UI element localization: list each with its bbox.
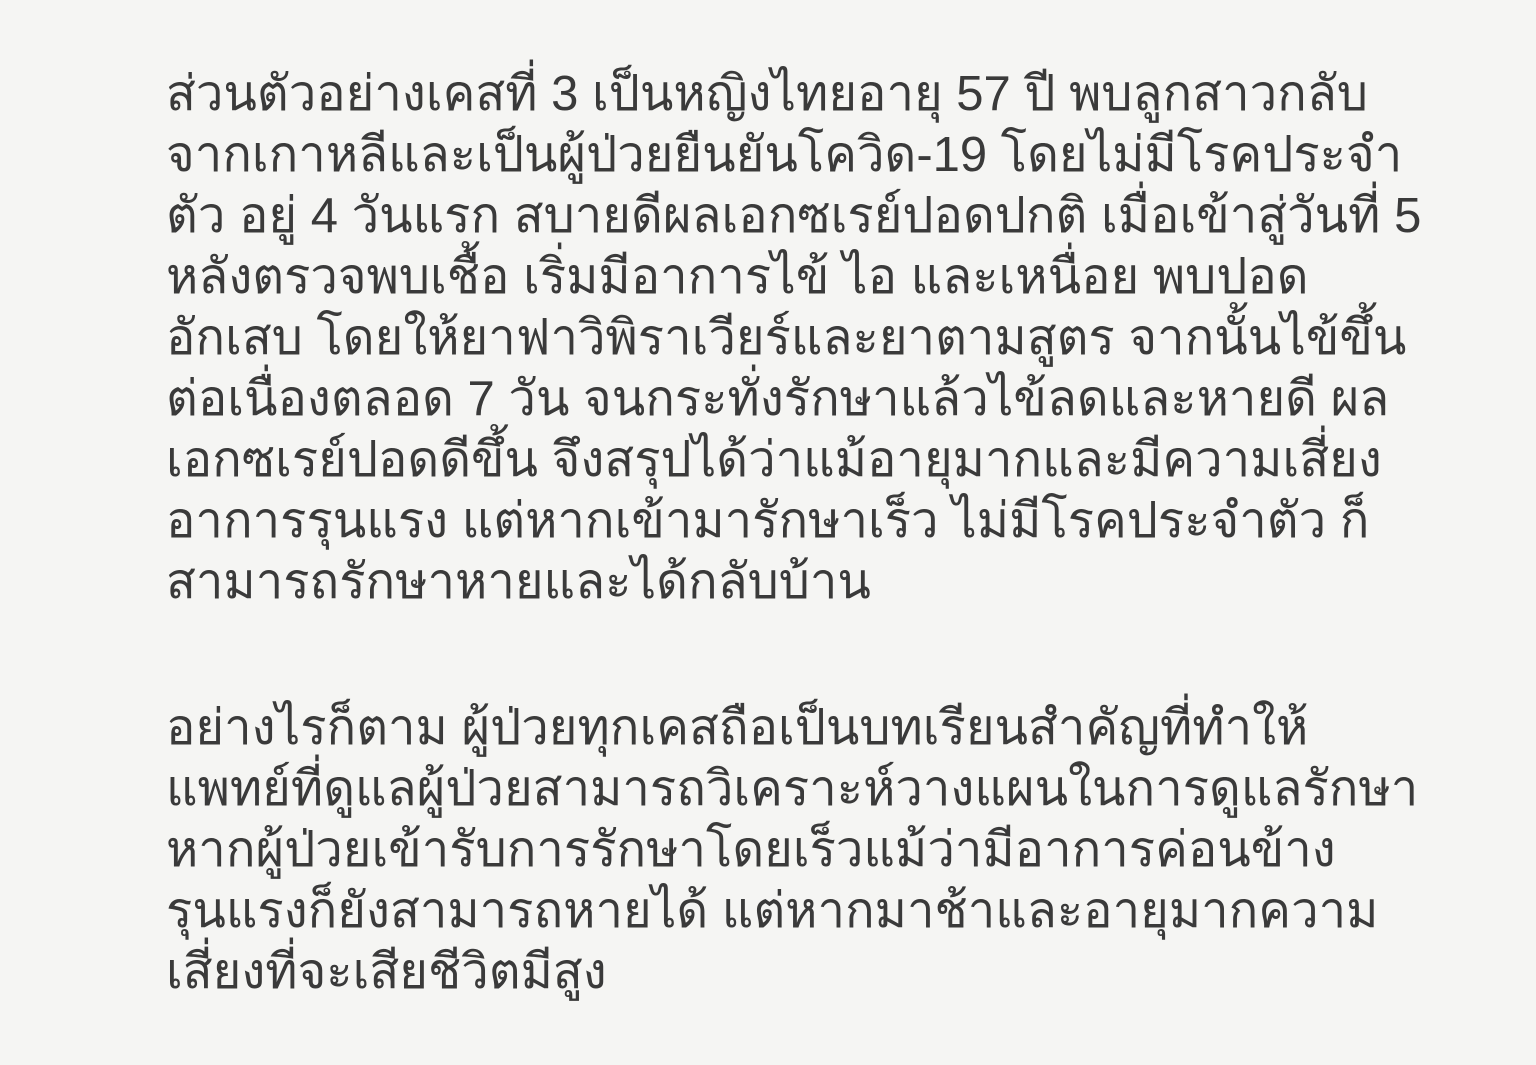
text-line: สามารถรักษาหายและได้กลับบ้าน xyxy=(166,552,1376,613)
text-line: จากเกาหลีและเป็นผู้ป่วยยืนยันโควิด-19 โด… xyxy=(166,125,1376,186)
text-line: ต่อเนื่องตลอด 7 วัน จนกระทั่งรักษาแล้วไข… xyxy=(166,369,1376,430)
text-line: รุนแรงก็ยังสามารถหายได้ แต่หากมาช้าและอา… xyxy=(166,881,1376,942)
text-line: เสี่ยงที่จะเสียชีวิตมีสูง xyxy=(166,942,1376,1003)
text-line: ตัว อยู่ 4 วันแรก สบายดีผลเอกซเรย์ปอดปกต… xyxy=(166,186,1376,247)
text-line: หลังตรวจพบเชื้อ เริ่มมีอาการไข้ ไอ และเห… xyxy=(166,247,1376,308)
text-line: เอกซเรย์ปอดดีขึ้น จึงสรุปได้ว่าแม้อายุมา… xyxy=(166,430,1376,491)
paragraph-case-3: ส่วนตัวอย่างเคสที่ 3 เป็นหญิงไทยอายุ 57 … xyxy=(166,64,1376,613)
text-line: ส่วนตัวอย่างเคสที่ 3 เป็นหญิงไทยอายุ 57 … xyxy=(166,64,1376,125)
article-body: ส่วนตัวอย่างเคสที่ 3 เป็นหญิงไทยอายุ 57 … xyxy=(166,64,1376,1003)
paragraph-conclusion: อย่างไรก็ตาม ผู้ป่วยทุกเคสถือเป็นบทเรียน… xyxy=(166,698,1376,1003)
text-line: อย่างไรก็ตาม ผู้ป่วยทุกเคสถือเป็นบทเรียน… xyxy=(166,698,1376,759)
text-line: อาการรุนแรง แต่หากเข้ามารักษาเร็ว ไม่มีโ… xyxy=(166,491,1376,552)
text-line: อักเสบ โดยให้ยาฟาวิพิราเวียร์และยาตามสูต… xyxy=(166,308,1376,369)
text-line: แพทย์ที่ดูแลผู้ป่วยสามารถวิเคราะห์วางแผน… xyxy=(166,759,1376,820)
text-line: หากผู้ป่วยเข้ารับการรักษาโดยเร็วแม้ว่ามี… xyxy=(166,820,1376,881)
